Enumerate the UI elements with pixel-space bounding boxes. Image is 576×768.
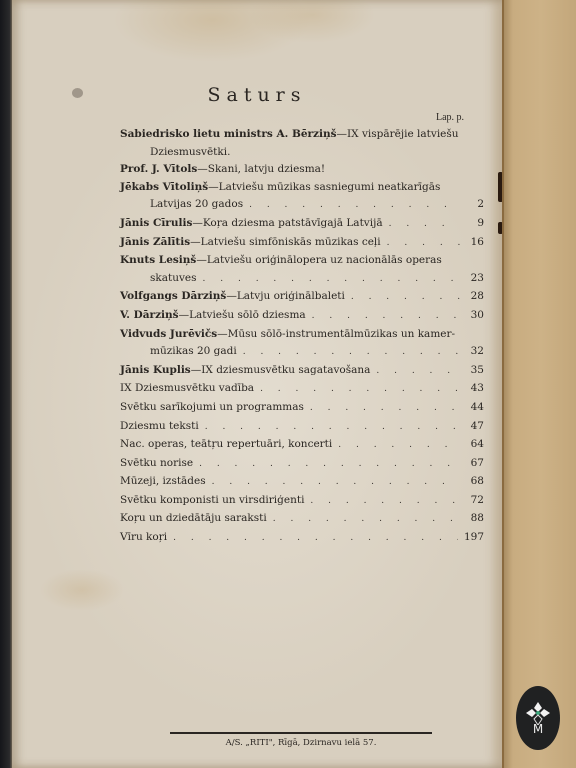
- page-column-header: Lap. p.: [436, 112, 464, 123]
- toc-title: IX vispārējie latviešu: [347, 126, 459, 144]
- dot-leader: [203, 271, 460, 289]
- dot-leader: [249, 197, 460, 215]
- toc-entry: Svētku komponisti un virsdiriģenti72: [120, 492, 484, 511]
- toc-entry: Jānis Zālītis — Latviešu simfōniskās mūz…: [120, 234, 484, 253]
- page-title: Saturs: [12, 84, 502, 106]
- dot-leader: [243, 344, 460, 362]
- toc-entry: Vidvuds Jurēvičs — Mūsu sōlō-instrumentā…: [120, 326, 484, 362]
- toc-title: Svētku komponisti un virsdiriģenti: [120, 492, 304, 510]
- toc-entry: Vīru koŗi197: [120, 529, 484, 548]
- toc-title: Mūsu sōlō-instrumentālmūzikas un kamer-: [228, 326, 455, 344]
- book-page: Saturs Lap. p. Sabiedrisko lietu ministr…: [12, 0, 502, 768]
- dot-leader: [389, 216, 460, 234]
- toc-page-number: 67: [466, 455, 484, 473]
- toc-page-number: 43: [466, 380, 484, 398]
- toc-title: Svētku norise: [120, 455, 193, 473]
- toc-page-number: 9: [466, 215, 484, 233]
- toc-title: Latviešu simfōniskās mūzikas ceļi: [201, 234, 381, 252]
- dot-leader: [205, 419, 460, 437]
- toc-entry: Dziesmu teksti47: [120, 418, 484, 437]
- dot-leader: [387, 235, 460, 253]
- book-left-edge: [0, 0, 12, 768]
- toc-page-number: 47: [466, 418, 484, 436]
- toc-page-number: 28: [466, 288, 484, 306]
- toc-title: Latvju oriģinālbaleti: [237, 288, 345, 306]
- toc-entry: Prof. J. Vītols — Skani, latvju dziesma!: [120, 161, 484, 179]
- toc-page-number: 64: [466, 436, 484, 454]
- dot-leader: [212, 474, 460, 492]
- toc-page-number: 2: [466, 196, 484, 214]
- facing-page: [502, 0, 576, 768]
- toc-author: Jānis Zālītis: [120, 234, 190, 252]
- toc-author: Jānis Kuplis: [120, 362, 191, 380]
- toc-title: Mūzeji, izstādes: [120, 473, 206, 491]
- dot-leader: [338, 437, 460, 455]
- toc-title-cont: mūzikas 20 gadi: [150, 343, 237, 361]
- dot-leader: [260, 381, 460, 399]
- toc-title: Koŗa dziesma patstāvīgajā Latvijā: [203, 215, 383, 233]
- dot-leader: [273, 511, 460, 529]
- dot-leader: [376, 363, 460, 381]
- toc-title-cont: Dziesmusvētki.: [150, 144, 230, 162]
- publisher-imprint: A/S. „RITI", Rīgā, Dzirnavu ielā 57.: [170, 738, 432, 748]
- watermark-badge: M: [516, 686, 560, 750]
- toc-title-cont: skatuves: [150, 270, 197, 288]
- toc-author: Knuts Lesiņš: [120, 252, 196, 270]
- toc-author: Jānis Cīrulis: [120, 215, 192, 233]
- toc-author: Prof. J. Vītols: [120, 161, 197, 179]
- toc-entry: Nac. operas, teātŗu repertuāri, koncerti…: [120, 436, 484, 455]
- toc-title: Skani, latvju dziesma!: [208, 161, 325, 179]
- toc-author: V. Dārziņš: [120, 307, 179, 325]
- toc-title: Latviešu mūzikas sasniegumi neatkarīgās: [219, 179, 441, 197]
- toc-title: IX Dziesmusvētku vadība: [120, 380, 254, 398]
- toc-page-number: 44: [466, 399, 484, 417]
- dot-leader: [199, 456, 460, 474]
- toc-title: Dziesmu teksti: [120, 418, 199, 436]
- toc-title: Koŗu un dziedātāju saraksti: [120, 510, 267, 528]
- toc-title: Vīru koŗi: [120, 529, 167, 547]
- toc-title: Latviešu oriģinālopera uz nacionālās ope…: [207, 252, 442, 270]
- toc-author: Volfgangs Dārziņš: [120, 288, 226, 306]
- toc-entry: Svētku norise67: [120, 455, 484, 474]
- table-of-contents: Sabiedrisko lietu ministrs A. Bērziņš — …: [120, 126, 484, 548]
- toc-entry: IX Dziesmusvētku vadība43: [120, 380, 484, 399]
- dot-leader: [312, 308, 460, 326]
- toc-entry: Jānis Kuplis — IX dziesmusvētku sagatavo…: [120, 362, 484, 381]
- toc-page-number: 16: [466, 234, 484, 252]
- toc-entry: Koŗu un dziedātāju saraksti88: [120, 510, 484, 529]
- dot-leader: [310, 493, 460, 511]
- toc-entry: Volfgangs Dārziņš — Latvju oriģinālbalet…: [120, 288, 484, 307]
- toc-page-number: 72: [466, 492, 484, 510]
- toc-entry: Sabiedrisko lietu ministrs A. Bērziņš — …: [120, 126, 484, 161]
- toc-author: Jēkabs Vītoliņš: [120, 179, 208, 197]
- toc-entry: Jēkabs Vītoliņš — Latviešu mūzikas sasni…: [120, 179, 484, 215]
- toc-title-cont: Latvijas 20 gados: [150, 196, 243, 214]
- toc-page-number: 32: [466, 343, 484, 361]
- toc-author: Sabiedrisko lietu ministrs A. Bērziņš: [120, 126, 337, 144]
- dot-leader: [173, 530, 458, 548]
- toc-entry: Jānis Cīrulis — Koŗa dziesma patstāvīgaj…: [120, 215, 484, 234]
- toc-page-number: 68: [466, 473, 484, 491]
- toc-page-number: 88: [466, 510, 484, 528]
- footer-rule: [170, 732, 432, 734]
- dot-leader: [310, 400, 460, 418]
- toc-author: Vidvuds Jurēvičs: [120, 326, 217, 344]
- toc-page-number: 30: [466, 307, 484, 325]
- toc-title: Latviešu sōlō dziesma: [189, 307, 306, 325]
- toc-page-number: 23: [466, 270, 484, 288]
- toc-entry: Mūzeji, izstādes68: [120, 473, 484, 492]
- toc-entry: Svētku sarīkojumi un programmas44: [120, 399, 484, 418]
- watermark-letter: M: [533, 723, 543, 735]
- toc-title: IX dziesmusvētku sagatavošana: [201, 362, 370, 380]
- toc-title: Svētku sarīkojumi un programmas: [120, 399, 304, 417]
- toc-entry: Knuts Lesiņš — Latviešu oriģinālopera uz…: [120, 252, 484, 288]
- toc-page-number: 197: [464, 529, 484, 547]
- toc-title: Nac. operas, teātŗu repertuāri, koncerti: [120, 436, 332, 454]
- dot-leader: [351, 289, 460, 307]
- toc-entry: V. Dārziņš — Latviešu sōlō dziesma30: [120, 307, 484, 326]
- toc-page-number: 35: [466, 362, 484, 380]
